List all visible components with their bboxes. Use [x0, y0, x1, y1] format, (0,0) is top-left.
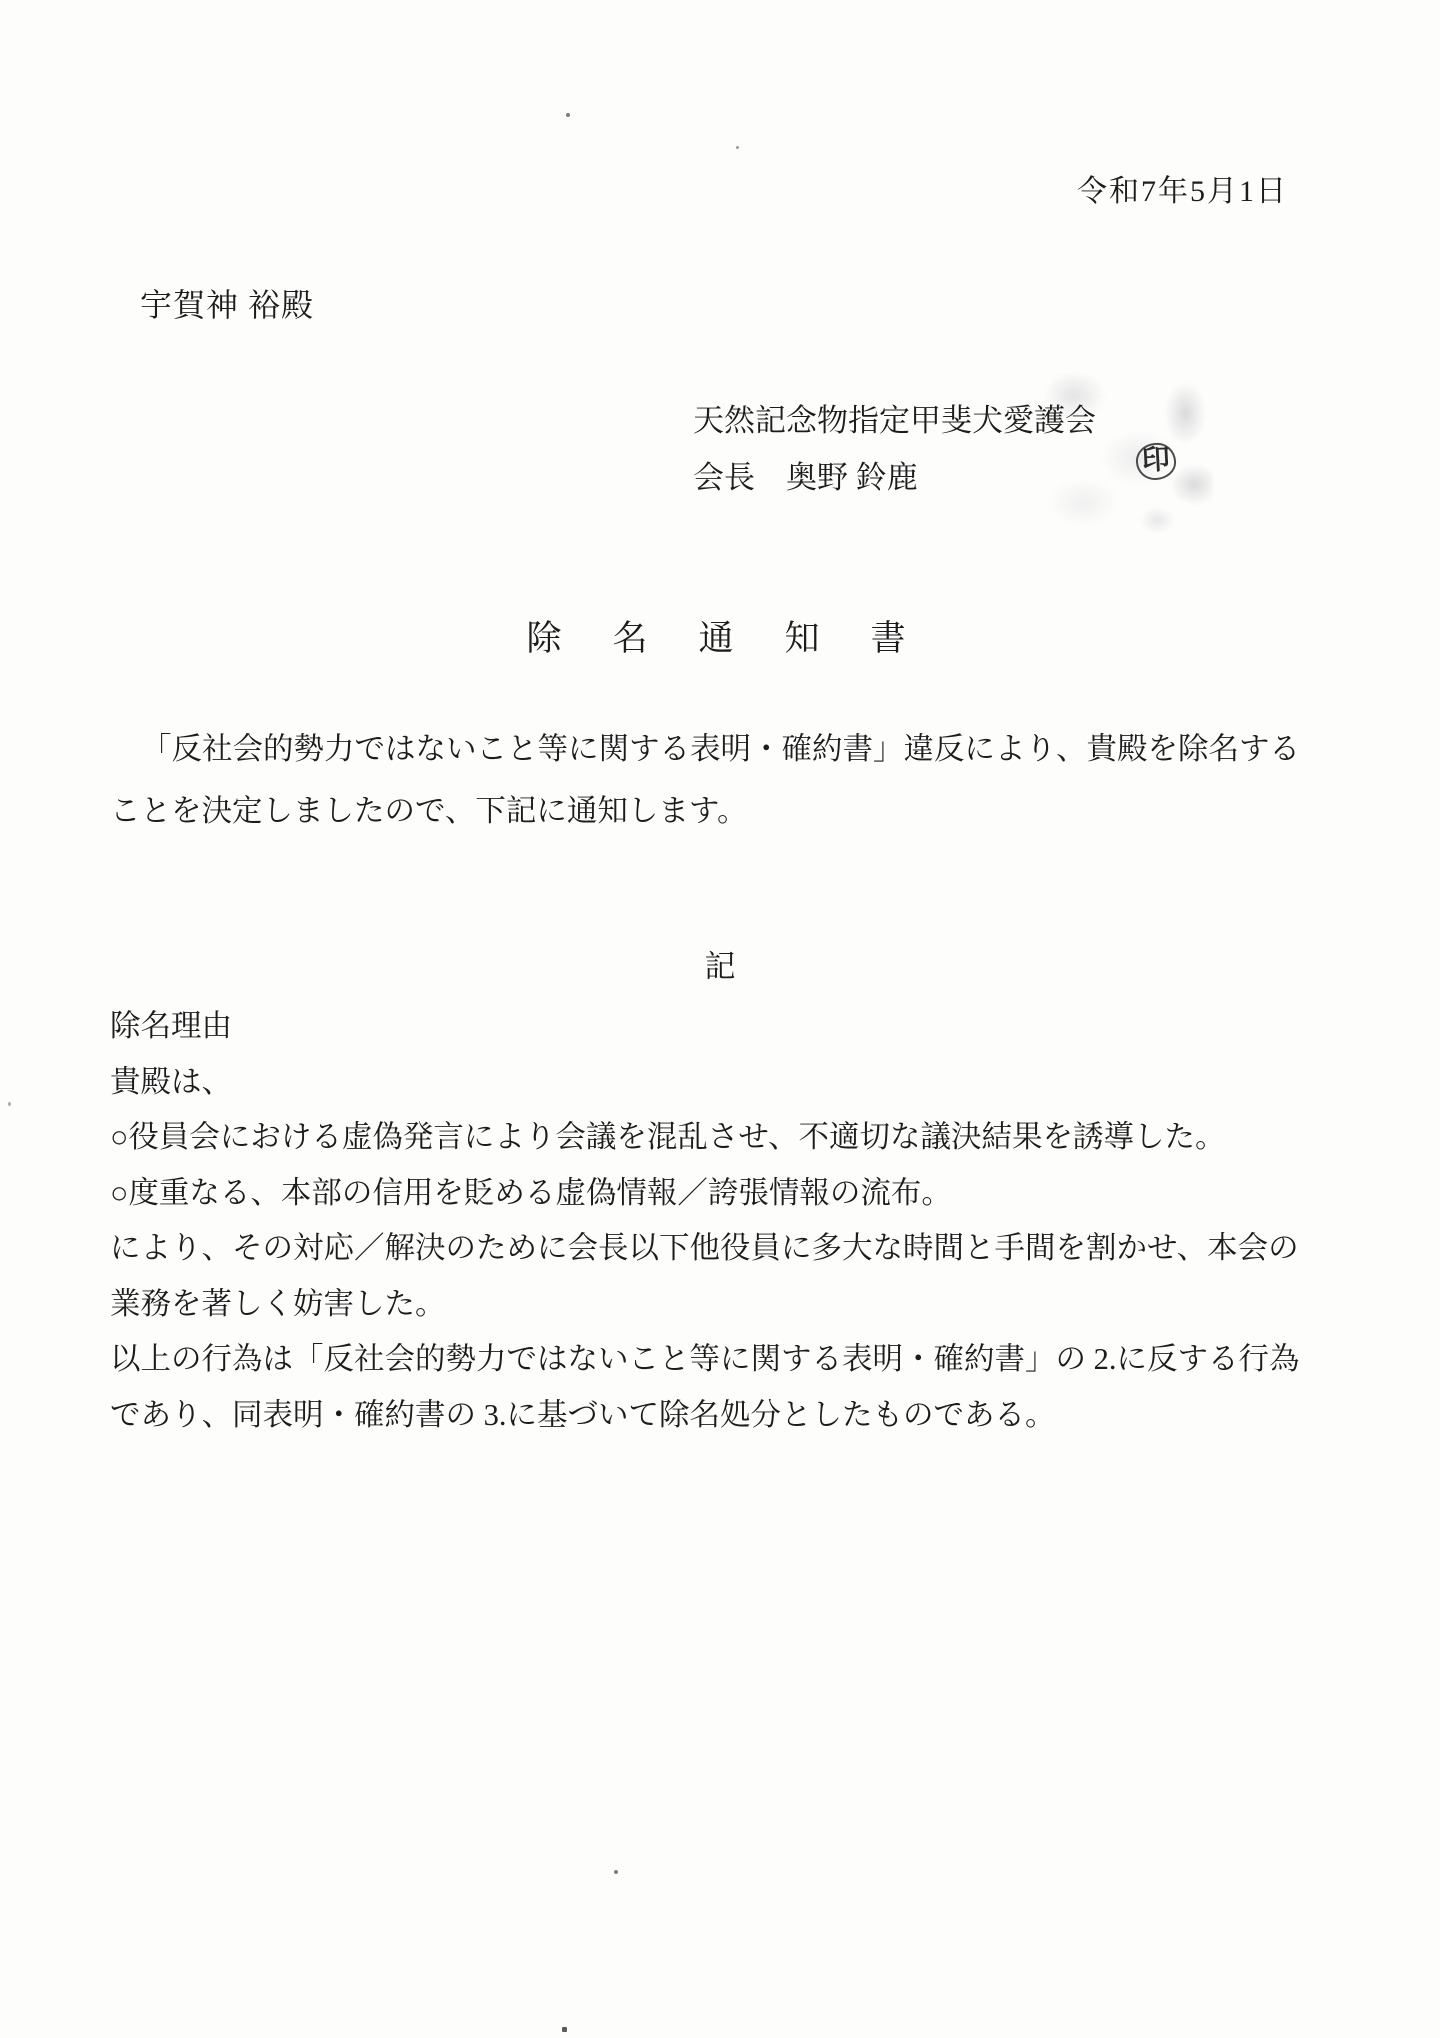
reasons-section: 除名理由 貴殿は、 ○役員会における虚偽発言により会議を混乱させ、不適切な議決結…	[110, 999, 1360, 1443]
body-paragraph: 「反社会的勢力ではないこと等に関する表明・確約書」違反により、貴殿を除名する こ…	[110, 718, 1350, 842]
document-title: 除 名 通 知 書	[0, 611, 1440, 661]
sender-block: 天然記念物指定甲斐犬愛護会 会長 奥野 鈴鹿	[693, 392, 1096, 506]
sender-title-and-name: 会長 奥野 鈴鹿	[693, 449, 1096, 506]
scan-speck	[566, 113, 570, 117]
scan-speck	[736, 146, 739, 149]
addressee-name: 宇賀神 裕殿	[140, 280, 314, 326]
scan-speck	[562, 2027, 567, 2032]
scan-speck	[614, 1870, 618, 1874]
consequence-line-1: により、その対応／解決のために会長以下他役員に多大な時間と手間を割かせ、本会の	[110, 1221, 1360, 1277]
scan-speck	[8, 1102, 11, 1106]
reasons-heading: 除名理由	[110, 999, 1360, 1055]
reasons-intro: 貴殿は、	[110, 1055, 1360, 1111]
conclusion-line-2: であり、同表明・確約書の 3.に基づいて除名処分としたものである。	[110, 1388, 1360, 1444]
scanned-letter-page: 令和7年5月1日 宇賀神 裕殿 天然記念物指定甲斐犬愛護会 会長 奥野 鈴鹿 印…	[0, 0, 1440, 2038]
body-line-1: 「反社会的勢力ではないこと等に関する表明・確約書」違反により、貴殿を除名する	[110, 718, 1350, 780]
conclusion-line-1: 以上の行為は「反社会的勢力ではないこと等に関する表明・確約書」の 2.に反する行…	[110, 1332, 1360, 1388]
ki-marker: 記	[0, 941, 1440, 986]
inkan-seal-icon: 印	[1135, 442, 1177, 481]
consequence-line-2: 業務を著しく妨害した。	[110, 1277, 1360, 1333]
body-line-2: ことを決定しましたので、下記に通知します。	[110, 780, 1350, 842]
reason-item: ○度重なる、本部の信用を貶める虚偽情報／誇張情報の流布。	[110, 1166, 1360, 1222]
sender-organization: 天然記念物指定甲斐犬愛護会	[693, 392, 1096, 449]
reason-item: ○役員会における虚偽発言により会議を混乱させ、不適切な議決結果を誘導した。	[110, 1110, 1360, 1166]
date-line: 令和7年5月1日	[1077, 166, 1288, 210]
